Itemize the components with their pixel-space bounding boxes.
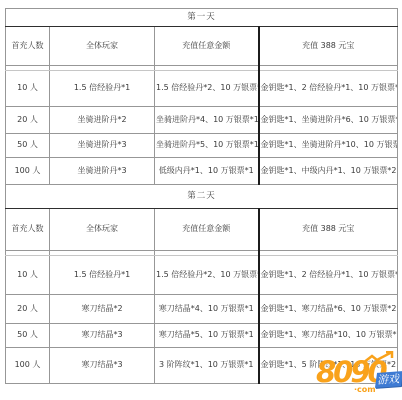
cell-first-charge-count: 10 人 (6, 71, 50, 107)
column-header-all-players: 全体玩家 (50, 209, 155, 251)
column-header-first-charge-count: 首充人数 (6, 209, 50, 251)
cell-first-charge-count: 50 人 (6, 134, 50, 158)
cell-any-amount-reward: 3 阶阵纹*1、10 万银票*1 (155, 348, 259, 384)
table-row: 10 人 1.5 倍经验丹*1 1.5 倍经验丹*2、10 万银票*1 金钥匙*… (6, 71, 398, 107)
cell-all-players-reward: 坐骑进阶丹*2 (50, 107, 155, 134)
cell-first-charge-count: 50 人 (6, 324, 50, 348)
cell-first-charge-count: 20 人 (6, 295, 50, 324)
cell-any-amount-reward: 坐骑进阶丹*4、10 万银票*1 (155, 107, 259, 134)
table-row: 50 人 坐骑进阶丹*3 坐骑进阶丹*5、10 万银票*1 金钥匙*1、坐骑进阶… (6, 134, 398, 158)
cell-388-reward: 金钥匙*1、2 倍经验丹*1、10 万银票*2 (259, 256, 398, 295)
column-header-388-recharge: 充值 388 元宝 (259, 27, 398, 66)
cell-any-amount-reward: 寒刀结晶*5、10 万银票*1 (155, 324, 259, 348)
table-row: 10 人 1.5 倍经验丹*1 1.5 倍经验丹*2、10 万银票*1 金钥匙*… (6, 256, 398, 295)
table-row: 100 人 坐骑进阶丹*3 低级内丹*1、10 万银票*1 金钥匙*1、中级内丹… (6, 158, 398, 185)
cell-first-charge-count: 100 人 (6, 158, 50, 185)
cell-388-reward: 金钥匙*1、2 倍经验丹*1、10 万银票*2 (259, 71, 398, 107)
cell-all-players-reward: 1.5 倍经验丹*1 (50, 71, 155, 107)
cell-all-players-reward: 寒刀结晶*2 (50, 295, 155, 324)
table-row: 20 人 寒刀结晶*2 寒刀结晶*4、10 万银票*1 金钥匙*1、寒刀结晶*6… (6, 295, 398, 324)
column-header-any-amount: 充值任意金额 (155, 209, 259, 251)
table-row: 第一天 (6, 9, 398, 27)
section-title-day2: 第二天 (6, 185, 398, 209)
table-row: 100 人 寒刀结晶*3 3 阶阵纹*1、10 万银票*1 金钥匙*1、5 阶阵… (6, 348, 398, 384)
cell-388-reward: 金钥匙*1、寒刀结晶*6、10 万银票*2 (259, 295, 398, 324)
cell-first-charge-count: 20 人 (6, 107, 50, 134)
table-row: 首充人数 全体玩家 充值任意金额 充值 388 元宝 (6, 209, 398, 251)
page: 第一天 首充人数 全体玩家 充值任意金额 充值 388 元宝 10 人 1.5 … (0, 0, 402, 400)
cell-388-reward: 金钥匙*1、坐骑进阶丹*10、10 万银票*2 (259, 134, 398, 158)
table-row: 第二天 (6, 185, 398, 209)
cell-all-players-reward: 寒刀结晶*3 (50, 348, 155, 384)
section-title-day1: 第一天 (6, 9, 398, 27)
cell-all-players-reward: 寒刀结晶*3 (50, 324, 155, 348)
cell-any-amount-reward: 坐骑进阶丹*5、10 万银票*1 (155, 134, 259, 158)
cell-388-reward: 金钥匙*1、坐骑进阶丹*6、10 万银票*2 (259, 107, 398, 134)
column-header-any-amount: 充值任意金额 (155, 27, 259, 66)
cell-any-amount-reward: 1.5 倍经验丹*2、10 万银票*1 (155, 71, 259, 107)
cell-any-amount-reward: 寒刀结晶*4、10 万银票*1 (155, 295, 259, 324)
cell-first-charge-count: 10 人 (6, 256, 50, 295)
column-header-first-charge-count: 首充人数 (6, 27, 50, 66)
cell-all-players-reward: 1.5 倍经验丹*1 (50, 256, 155, 295)
column-header-388-recharge: 充值 388 元宝 (259, 209, 398, 251)
cell-388-reward: 金钥匙*1、中级内丹*1、10 万银票*2 (259, 158, 398, 185)
table-row: 50 人 寒刀结晶*3 寒刀结晶*5、10 万银票*1 金钥匙*1、寒刀结晶*1… (6, 324, 398, 348)
cell-388-reward: 金钥匙*1、5 阶阵纹*1、10 万银票*2 (259, 348, 398, 384)
watermark-domain: ·com (354, 385, 376, 394)
cell-first-charge-count: 100 人 (6, 348, 50, 384)
cell-any-amount-reward: 低级内丹*1、10 万银票*1 (155, 158, 259, 185)
table-row: 20 人 坐骑进阶丹*2 坐骑进阶丹*4、10 万银票*1 金钥匙*1、坐骑进阶… (6, 107, 398, 134)
cell-any-amount-reward: 1.5 倍经验丹*2、10 万银票*1 (155, 256, 259, 295)
table-row: 首充人数 全体玩家 充值任意金额 充值 388 元宝 (6, 27, 398, 66)
cell-all-players-reward: 坐骑进阶丹*3 (50, 134, 155, 158)
rewards-table: 第一天 首充人数 全体玩家 充值任意金额 充值 388 元宝 10 人 1.5 … (5, 8, 398, 384)
column-header-all-players: 全体玩家 (50, 27, 155, 66)
cell-388-reward: 金钥匙*1、寒刀结晶*10、10 万银票*2 (259, 324, 398, 348)
cell-all-players-reward: 坐骑进阶丹*3 (50, 158, 155, 185)
